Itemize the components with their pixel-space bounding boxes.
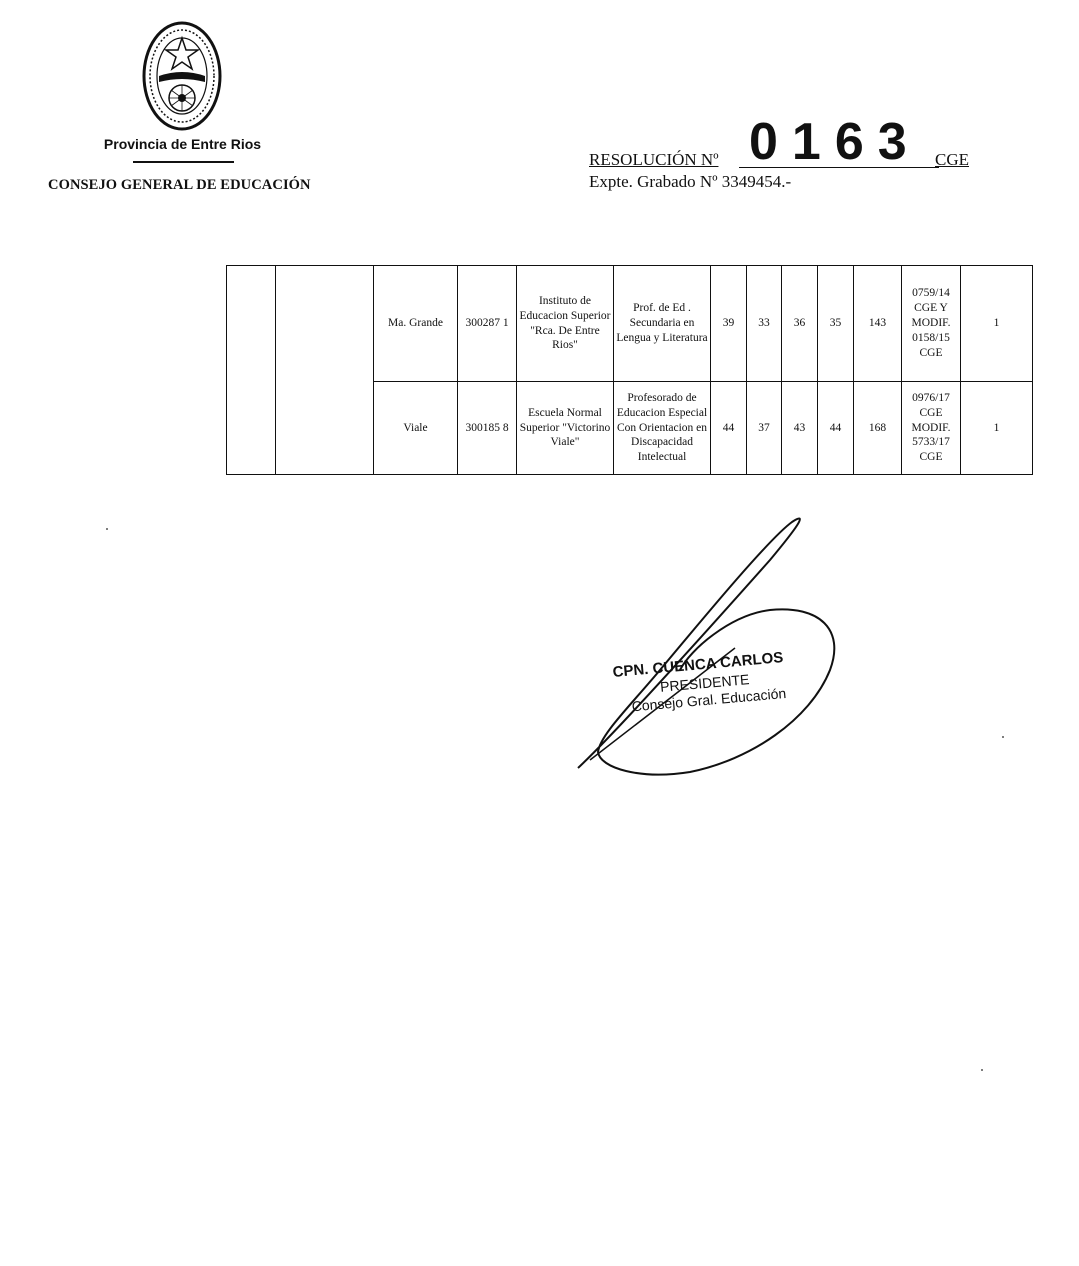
locality-cell: Viale [374, 382, 458, 475]
institutions-table: Ma. Grande 300287 1 Instituto de Educaci… [226, 265, 1033, 475]
handwritten-signature-icon [570, 510, 850, 790]
career-cell: Prof. de Ed . Secundaria en Lengua y Lit… [614, 266, 711, 382]
value-cell: 35 [818, 266, 854, 382]
value-cell: 36 [782, 266, 818, 382]
career-cell: Profesorado de Educacion Especial Con Or… [614, 382, 711, 475]
institution-cell: Escuela Normal Superior "Victorino Viale… [517, 382, 614, 475]
table-row: Ma. Grande 300287 1 Instituto de Educaci… [227, 266, 1033, 382]
council-name: CONSEJO GENERAL DE EDUCACIÓN [48, 177, 311, 194]
value-cell: 39 [711, 266, 747, 382]
value-cell: 37 [747, 382, 782, 475]
total-cell: 168 [854, 382, 902, 475]
code-cell: 300185 8 [458, 382, 517, 475]
empty-cell [276, 266, 374, 475]
resolution-cell: 0976/17 CGE MODIF. 5733/17 CGE [902, 382, 961, 475]
expediente-number: Expte. Grabado Nº 3349454.- [589, 172, 791, 192]
resolution-number: 0163 [749, 112, 921, 172]
cohorts-cell: 1 [961, 382, 1033, 475]
total-cell: 143 [854, 266, 902, 382]
resolution-underline [739, 167, 939, 168]
institution-cell: Instituto de Educacion Superior "Rca. De… [517, 266, 614, 382]
scan-speck [1002, 736, 1004, 738]
empty-cell [227, 266, 276, 475]
value-cell: 33 [747, 266, 782, 382]
header-divider [133, 161, 234, 163]
locality-cell: Ma. Grande [374, 266, 458, 382]
scan-speck [106, 528, 108, 530]
resolution-label: RESOLUCIÓN Nº [589, 150, 718, 170]
value-cell: 43 [782, 382, 818, 475]
value-cell: 44 [818, 382, 854, 475]
resolution-heading: RESOLUCIÓN Nº 0163 CGE [589, 118, 969, 172]
resolution-suffix: CGE [935, 150, 969, 170]
scan-speck [981, 1069, 983, 1071]
cohorts-cell: 1 [961, 266, 1033, 382]
value-cell: 44 [711, 382, 747, 475]
provincial-coat-of-arms-icon [141, 20, 223, 132]
code-cell: 300287 1 [458, 266, 517, 382]
resolution-cell: 0759/14 CGE Y MODIF. 0158/15 CGE [902, 266, 961, 382]
province-name: Provincia de Entre Rios [60, 136, 305, 152]
